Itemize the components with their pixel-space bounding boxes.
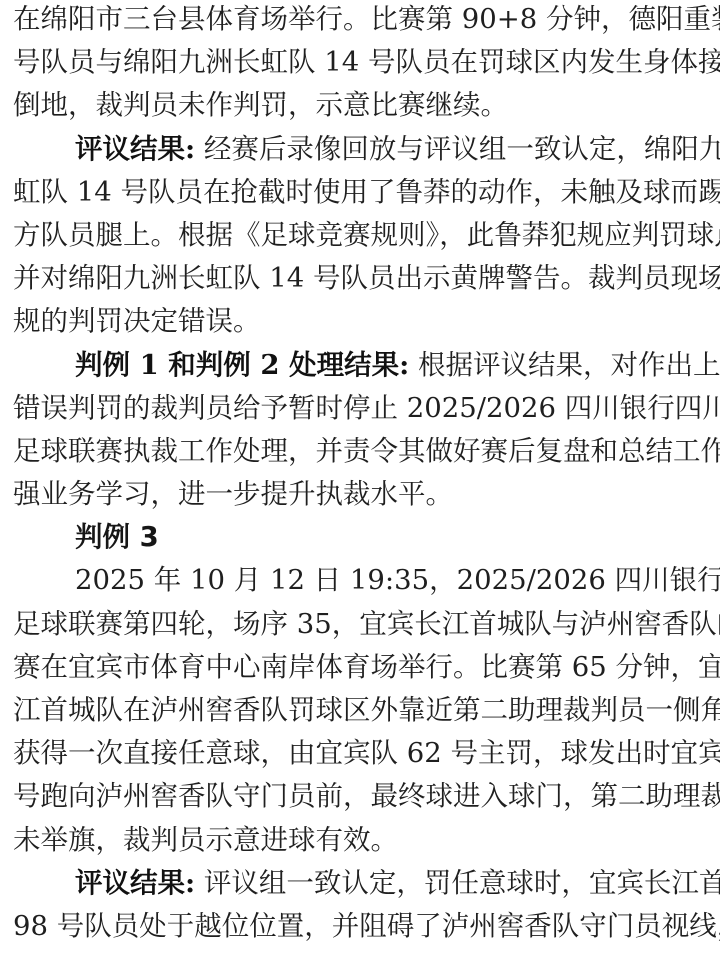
- text-line: 足球联赛第四轮，场序 35，宜宾长江首城队与泸州窖香队的比: [13, 603, 713, 646]
- text-line: 获得一次直接任意球，由宜宾队 62 号主罚，球发出时宜宾队 98: [13, 732, 713, 775]
- text-line: 江首城队在泸州窖香队罚球区外靠近第二助理裁判员一侧角上，: [13, 689, 713, 732]
- text-line: 虹队 14 号队员在抢截时使用了鲁莽的动作，未触及球而踢到对: [13, 171, 713, 214]
- text-span: 经赛后录像回放与评议组一致认定，绵阳九洲长: [195, 133, 720, 165]
- text-line: 规的判罚决定错误。: [13, 300, 713, 343]
- review-result-label: 评议结果:: [75, 133, 195, 165]
- text-line: 98 号队员处于越位位置，并阻碍了泸州窖香队守门员视线，影: [13, 905, 713, 948]
- text-line: 判例 1 和判例 2 处理结果: 根据评议结果，对作出上述两次: [13, 344, 713, 387]
- text-line: 评议结果: 经赛后录像回放与评议组一致认定，绵阳九洲长: [13, 128, 713, 171]
- text-line: 倒地，裁判员未作判罚，示意比赛继续。: [13, 84, 713, 127]
- text-span: 评议组一致认定，罚任意球时，宜宾长江首城队: [195, 867, 720, 899]
- text-line: 强业务学习，进一步提升执裁水平。: [13, 473, 713, 516]
- text-span: 根据评议结果，对作出上述两次: [409, 349, 720, 381]
- document-page: 在绵阳市三台县体育场举行。比赛第 90+8 分钟，德阳重装队 35 号队员与绵阳…: [13, 0, 713, 948]
- text-line: 未举旗，裁判员示意进球有效。: [13, 819, 713, 862]
- text-line: 2025 年 10 月 12 日 19:35，2025/2026 四川银行四川省…: [13, 559, 713, 602]
- text-line: 号队员与绵阳九洲长虹队 14 号队员在罚球区内发生身体接触后: [13, 41, 713, 84]
- text-line: 号跑向泸州窖香队守门员前，最终球进入球门，第二助理裁判员: [13, 775, 713, 818]
- case1-2-handling-result: 判例 1 和判例 2 处理结果: 根据评议结果，对作出上述两次 错误判罚的裁判员…: [13, 344, 713, 517]
- case3-heading: 判例 3: [13, 516, 713, 559]
- text-line: 错误判罚的裁判员给予暂时停止 2025/2026 四川银行四川省城市: [13, 387, 713, 430]
- case3-description: 2025 年 10 月 12 日 19:35，2025/2026 四川银行四川省…: [13, 559, 713, 861]
- handling-result-label: 判例 1 和判例 2 处理结果:: [75, 349, 409, 381]
- review-result-label: 评议结果:: [75, 867, 195, 899]
- case3-review-result: 评议结果: 评议组一致认定，罚任意球时，宜宾长江首城队 98 号队员处于越位位置…: [13, 862, 713, 948]
- case2-review-result: 评议结果: 经赛后录像回放与评议组一致认定，绵阳九洲长 虹队 14 号队员在抢截…: [13, 128, 713, 344]
- text-line: 足球联赛执裁工作处理，并责令其做好赛后复盘和总结工作，加: [13, 430, 713, 473]
- text-line: 在绵阳市三台县体育场举行。比赛第 90+8 分钟，德阳重装队 35: [13, 0, 713, 41]
- text-line: 评议结果: 评议组一致认定，罚任意球时，宜宾长江首城队: [13, 862, 713, 905]
- text-line: 赛在宜宾市体育中心南岸体育场举行。比赛第 65 分钟，宜宾长: [13, 646, 713, 689]
- text-line: 方队员腿上。根据《足球竞赛规则》，此鲁莽犯规应判罚球点球，: [13, 214, 713, 257]
- text-line: 并对绵阳九洲长虹队 14 号队员出示黄牌警告。裁判员现场不犯: [13, 257, 713, 300]
- case2-description: 在绵阳市三台县体育场举行。比赛第 90+8 分钟，德阳重装队 35 号队员与绵阳…: [13, 0, 713, 128]
